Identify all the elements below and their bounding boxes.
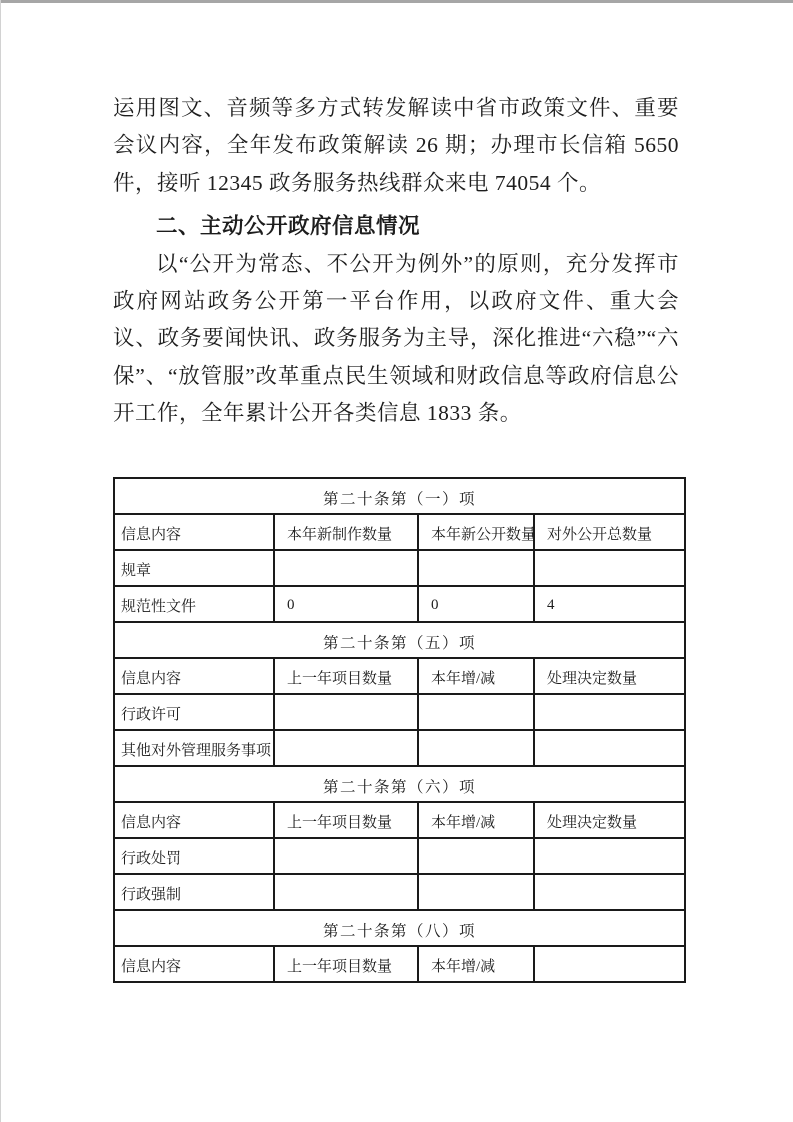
- column-header: 上一年项目数量: [274, 802, 418, 838]
- table-section-row: 第二十条第（八）项: [114, 910, 685, 946]
- table-section-title: 第二十条第（五）项: [114, 622, 685, 658]
- cell-value: [274, 550, 418, 586]
- column-header: 本年增/减: [418, 802, 534, 838]
- table-section-row: 第二十条第（一）项: [114, 478, 685, 514]
- table-row: 规章: [114, 550, 685, 586]
- table-section-title: 第二十条第（一）项: [114, 478, 685, 514]
- cell-value: [418, 730, 534, 766]
- table-header-row: 信息内容 本年新制作数量 本年新公开数量 对外公开总数量: [114, 514, 685, 550]
- column-header: 信息内容: [114, 658, 274, 694]
- table-row: 行政强制: [114, 874, 685, 910]
- page-edge-left: [0, 0, 1, 1122]
- row-label: 规范性文件: [114, 586, 274, 622]
- table-section-title: 第二十条第（八）项: [114, 910, 685, 946]
- page-edge-top: [0, 0, 793, 3]
- cell-value: [534, 694, 685, 730]
- paragraph-continuation: 运用图文、音频等多方式转发解读中省市政策文件、重要会议内容，全年发布政策解读 2…: [113, 90, 679, 202]
- section-heading: 二、主动公开政府信息情况: [113, 208, 679, 245]
- column-header: 信息内容: [114, 802, 274, 838]
- table-header-row: 信息内容 上一年项目数量 本年增/减 处理决定数量: [114, 658, 685, 694]
- table-row: 行政许可: [114, 694, 685, 730]
- row-label: 行政处罚: [114, 838, 274, 874]
- document-page: 运用图文、音频等多方式转发解读中省市政策文件、重要会议内容，全年发布政策解读 2…: [0, 0, 793, 1122]
- cell-value: [534, 730, 685, 766]
- cell-value: [274, 874, 418, 910]
- cell-value: [534, 874, 685, 910]
- cell-value: [274, 838, 418, 874]
- cell-value: 4: [534, 586, 685, 622]
- column-header: 本年新公开数量: [418, 514, 534, 550]
- table-header-row: 信息内容 上一年项目数量 本年增/减 处理决定数量: [114, 802, 685, 838]
- cell-value: [418, 838, 534, 874]
- column-header: 上一年项目数量: [274, 946, 418, 982]
- row-label: 其他对外管理服务事项: [114, 730, 274, 766]
- table-row: 规范性文件 0 0 4: [114, 586, 685, 622]
- paragraph-main: 以“公开为常态、不公开为例外”的原则，充分发挥市政府网站政务公开第一平台作用，以…: [113, 246, 679, 433]
- cell-value: [274, 694, 418, 730]
- table-section-title: 第二十条第（六）项: [114, 766, 685, 802]
- cell-value: 0: [274, 586, 418, 622]
- column-header: 处理决定数量: [534, 802, 685, 838]
- column-header: 信息内容: [114, 946, 274, 982]
- column-header: 本年增/减: [418, 946, 534, 982]
- disclosure-table: 第二十条第（一）项 信息内容 本年新制作数量 本年新公开数量 对外公开总数量 规…: [113, 477, 686, 983]
- page-content: 运用图文、音频等多方式转发解读中省市政策文件、重要会议内容，全年发布政策解读 2…: [113, 90, 679, 983]
- cell-value: [418, 550, 534, 586]
- cell-value: 0: [418, 586, 534, 622]
- cell-value: [534, 838, 685, 874]
- table-row: 行政处罚: [114, 838, 685, 874]
- column-header: 上一年项目数量: [274, 658, 418, 694]
- cell-value: [274, 730, 418, 766]
- column-header: 对外公开总数量: [534, 514, 685, 550]
- table-section-row: 第二十条第（六）项: [114, 766, 685, 802]
- table-row: 其他对外管理服务事项: [114, 730, 685, 766]
- column-header: 本年增/减: [418, 658, 534, 694]
- table-section-row: 第二十条第（五）项: [114, 622, 685, 658]
- row-label: 行政强制: [114, 874, 274, 910]
- table-header-row: 信息内容 上一年项目数量 本年增/减: [114, 946, 685, 982]
- column-header: [534, 946, 685, 982]
- cell-value: [418, 874, 534, 910]
- cell-value: [534, 550, 685, 586]
- column-header: 信息内容: [114, 514, 274, 550]
- row-label: 规章: [114, 550, 274, 586]
- column-header: 本年新制作数量: [274, 514, 418, 550]
- column-header: 处理决定数量: [534, 658, 685, 694]
- row-label: 行政许可: [114, 694, 274, 730]
- cell-value: [418, 694, 534, 730]
